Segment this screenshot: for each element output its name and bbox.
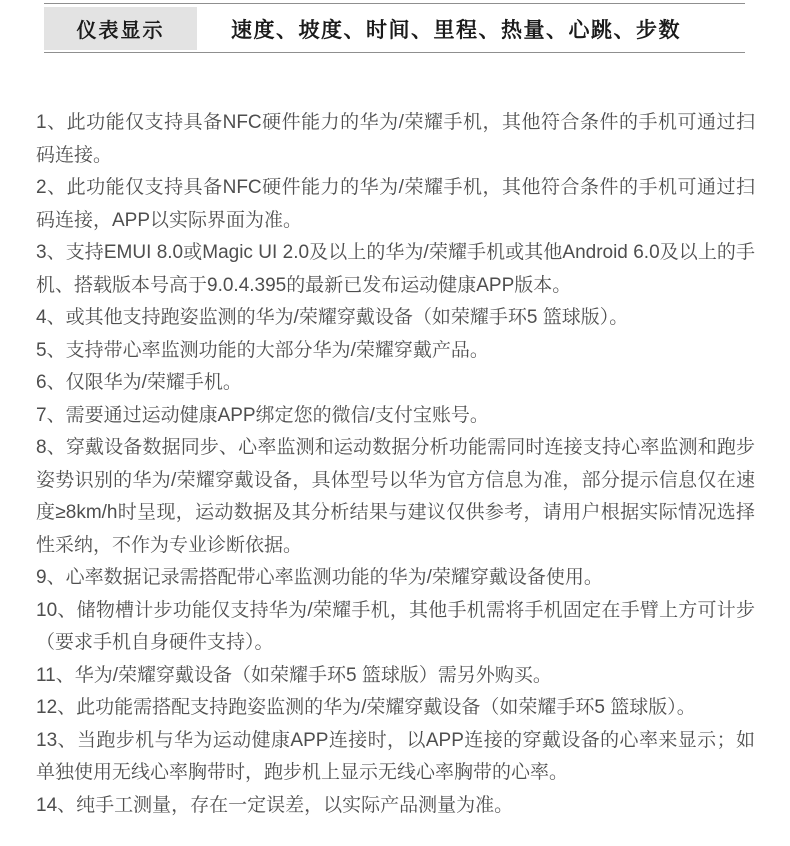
note-item: 4、或其他支持跑姿监测的华为/荣耀穿戴设备（如荣耀手环5 篮球版）。: [36, 302, 755, 335]
note-item: 9、心率数据记录需搭配带心率监测功能的华为/荣耀穿戴设备使用。: [36, 562, 755, 595]
note-item: 8、穿戴设备数据同步、心率监测和运动数据分析功能需同时连接支持心率监测和跑步姿势…: [36, 432, 755, 562]
note-item: 11、华为/荣耀穿戴设备（如荣耀手环5 篮球版）需另外购买。: [36, 660, 755, 693]
spec-value-dashboard-metrics: 速度、坡度、时间、里程、热量、心跳、步数: [197, 7, 745, 50]
spec-row-dashboard-display: 仪表显示 速度、坡度、时间、里程、热量、心跳、步数: [44, 7, 745, 50]
note-item: 10、储物槽计步功能仅支持华为/荣耀手机，其他手机需将手机固定在手臂上方可计步（…: [36, 595, 755, 660]
product-description-page: 仪表显示 速度、坡度、时间、里程、热量、心跳、步数 1、此功能仅支持具备NFC硬…: [0, 0, 790, 846]
disclaimer-notes: 1、此功能仅支持具备NFC硬件能力的华为/荣耀手机，其他符合条件的手机可通过扫码…: [36, 107, 755, 822]
note-item: 14、纯手工测量，存在一定误差，以实际产品测量为准。: [36, 790, 755, 823]
note-item: 5、支持带心率监测功能的大部分华为/荣耀穿戴产品。: [36, 335, 755, 368]
note-item: 6、仅限华为/荣耀手机。: [36, 367, 755, 400]
spec-table: 仪表显示 速度、坡度、时间、里程、热量、心跳、步数: [44, 3, 745, 53]
note-item: 12、此功能需搭配支持跑姿监测的华为/荣耀穿戴设备（如荣耀手环5 篮球版）。: [36, 692, 755, 725]
note-item: 1、此功能仅支持具备NFC硬件能力的华为/荣耀手机，其他符合条件的手机可通过扫码…: [36, 107, 755, 172]
note-item: 7、需要通过运动健康APP绑定您的微信/支付宝账号。: [36, 400, 755, 433]
note-item: 3、支持EMUI 8.0或Magic UI 2.0及以上的华为/荣耀手机或其他A…: [36, 237, 755, 302]
note-item: 2、此功能仅支持具备NFC硬件能力的华为/荣耀手机，其他符合条件的手机可通过扫码…: [36, 172, 755, 237]
note-item: 13、当跑步机与华为运动健康APP连接时，以APP连接的穿戴设备的心率来显示；如…: [36, 725, 755, 790]
spec-label-dashboard-display: 仪表显示: [44, 7, 197, 50]
